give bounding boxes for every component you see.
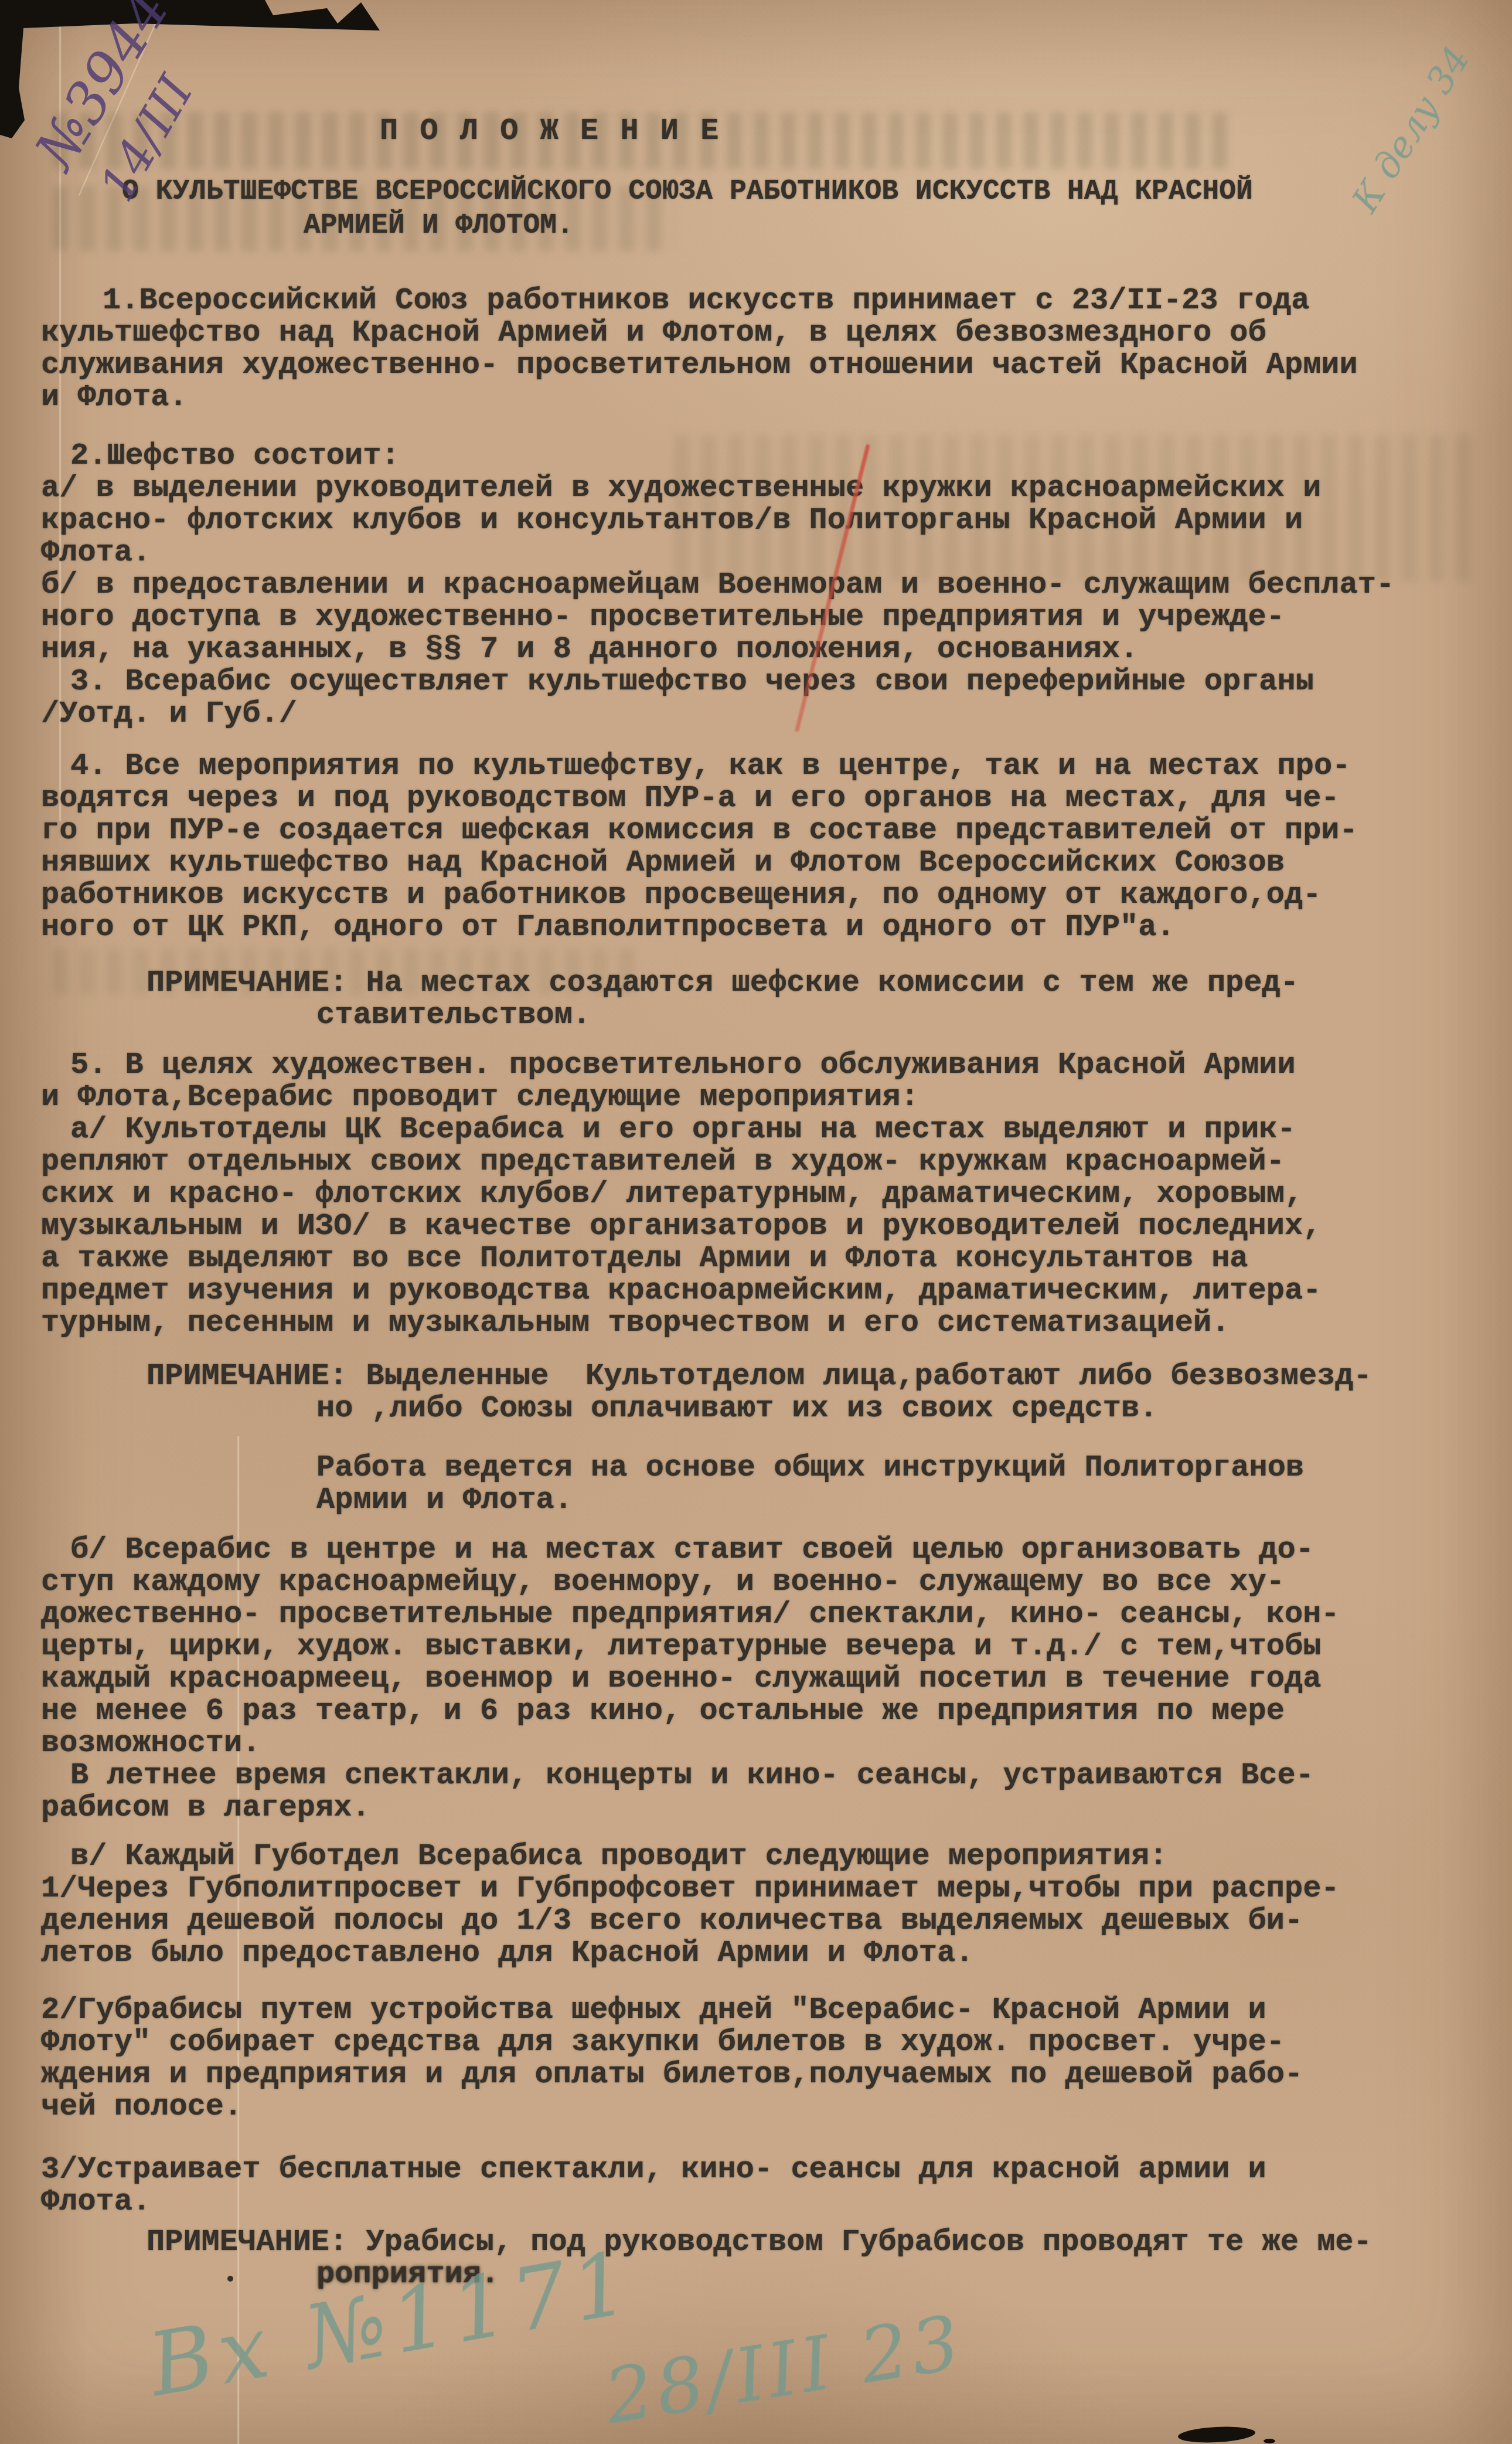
document-line: а также выделяют во все Политотделы Арми…	[41, 1242, 1512, 1274]
document-line: ного от ЦК РКП, одного от Главполитпросв…	[41, 911, 1512, 943]
document-line: 3/Устраивает бесплатные спектакли, кино-…	[41, 2153, 1512, 2185]
scanned-document-page: { "colors": { "paper": "#c8a888", "ink":…	[0, 0, 1512, 2444]
document-line: и Флота.	[41, 381, 1512, 413]
document-line: 2.Шефство состоит:	[70, 440, 1512, 472]
document-line: культшефство над Красной Армией и Флотом…	[41, 317, 1512, 349]
document-line: возможности.	[41, 1727, 1512, 1759]
document-line: а/ Культотделы ЦК Всерабиса и его органы…	[70, 1113, 1512, 1145]
document-line: в/ Каждый Губотдел Всерабиса проводит сл…	[70, 1840, 1512, 1872]
document-line: 1/Через Губполитпросвет и Губпрофсовет п…	[41, 1872, 1512, 1905]
document-line: б/ в предоставлении и красноармейцам Вое…	[41, 569, 1512, 601]
document-line: репляют отдельных своих представителей в…	[41, 1145, 1512, 1178]
document-line: чей полосе.	[41, 2091, 1512, 2123]
document-line: 2/Губрабисы путем устройства шефных дней…	[41, 1994, 1512, 2026]
document-line: В летнее время спектакли, концерты и кин…	[70, 1759, 1512, 1792]
document-line: но ,либо Союзы оплачивают их из своих ср…	[316, 1392, 1512, 1425]
document-line: летов было предоставлено для Красной Арм…	[41, 1937, 1512, 1969]
document-body: 1.Всероссийский Союз работников искусств…	[0, 284, 1512, 2290]
document-line: 1.Всероссийский Союз работников искусств…	[103, 284, 1512, 317]
document-line: ного доступа в художественно- просветите…	[41, 601, 1512, 633]
document-line: каждый красноармеец, военмор и военно- с…	[41, 1663, 1512, 1695]
document-line: 5. В целях художествен. просветительного…	[70, 1049, 1512, 1081]
document-line: водятся через и под руководством ПУР-а и…	[41, 782, 1512, 814]
document-line: не менее 6 раз театр, и 6 раз кино, оста…	[41, 1695, 1512, 1727]
document-line: деления дешевой полосы до 1/3 всего коли…	[41, 1905, 1512, 1937]
document-line: Работа ведется на основе общих инструкци…	[316, 1452, 1512, 1484]
document-line: /Уотд. и Губ./	[41, 698, 1512, 730]
document-line: работников искусств и работников просвещ…	[41, 879, 1512, 911]
document-line: турным, песенным и музыкальным творчеств…	[41, 1307, 1512, 1339]
document-title: П О Л О Ж Е Н И Е	[380, 114, 721, 148]
scan-edge-top-left	[0, 0, 399, 152]
document-line: ждения и предприятия и для оплаты билето…	[41, 2058, 1512, 2091]
document-subtitle-line1: О КУЛЬТШЕФСТВЕ ВСЕРОССИЙСКОГО СОЮЗА РАБО…	[122, 176, 1253, 208]
ink-speck	[1264, 2439, 1275, 2443]
document-line: ПРИМЕЧАНИЕ: Урабисы, под руководством Гу…	[147, 2226, 1512, 2258]
document-line: ния, на указанных, в §§ 7 и 8 данного по…	[41, 633, 1512, 665]
document-line: ставительством.	[316, 999, 1512, 1031]
document-line: а/ в выделении руководителей в художеств…	[41, 472, 1512, 504]
document-line: го при ПУР-е создается шефская комиссия …	[41, 814, 1512, 847]
document-line: рабисом в лагерях.	[41, 1792, 1512, 1824]
document-line: ских и красно- флотских клубов/ литерату…	[41, 1178, 1512, 1210]
document-line: ПРИМЕЧАНИЕ: Выделенные Культотделом лица…	[147, 1360, 1512, 1392]
document-line: и Флота,Всерабис проводит следующие меро…	[41, 1081, 1512, 1113]
document-line: Флоту" собирает средства для закупки бил…	[41, 2026, 1512, 2058]
document-line: ПРИМЕЧАНИЕ: На местах создаются шефские …	[147, 967, 1512, 999]
document-line: ступ каждому красноармейцу, военмору, и …	[41, 1566, 1512, 1598]
document-line: служивания художественно- просветительно…	[41, 349, 1512, 381]
document-line: б/ Всерабис в центре и на местах ставит …	[70, 1534, 1512, 1566]
document-line: красно- флотских клубов и консультантов/…	[41, 504, 1512, 536]
document-line: нявших культшефство над Красной Армией и…	[41, 847, 1512, 879]
document-line: Флота.	[41, 2185, 1512, 2218]
document-line: 3. Всерабис осуществляет культшефство че…	[70, 665, 1512, 698]
document-line: церты, цирки, худож. выставки, литератур…	[41, 1630, 1512, 1663]
document-line: Флота.	[41, 536, 1512, 569]
document-line: дожественно- просветительные предприятия…	[41, 1598, 1512, 1630]
document-subtitle-line2: АРМИЕЙ И ФЛОТОМ.	[304, 210, 574, 242]
document-line: 4. Все мероприятия по культшефству, как …	[70, 750, 1512, 782]
document-line: предмет изучения и руководства красноарм…	[41, 1274, 1512, 1307]
document-line: музыкальным и ИЗО/ в качестве организато…	[41, 1210, 1512, 1242]
document-line: Армии и Флота.	[316, 1484, 1512, 1516]
document-line: роприятия.	[316, 2258, 1512, 2290]
